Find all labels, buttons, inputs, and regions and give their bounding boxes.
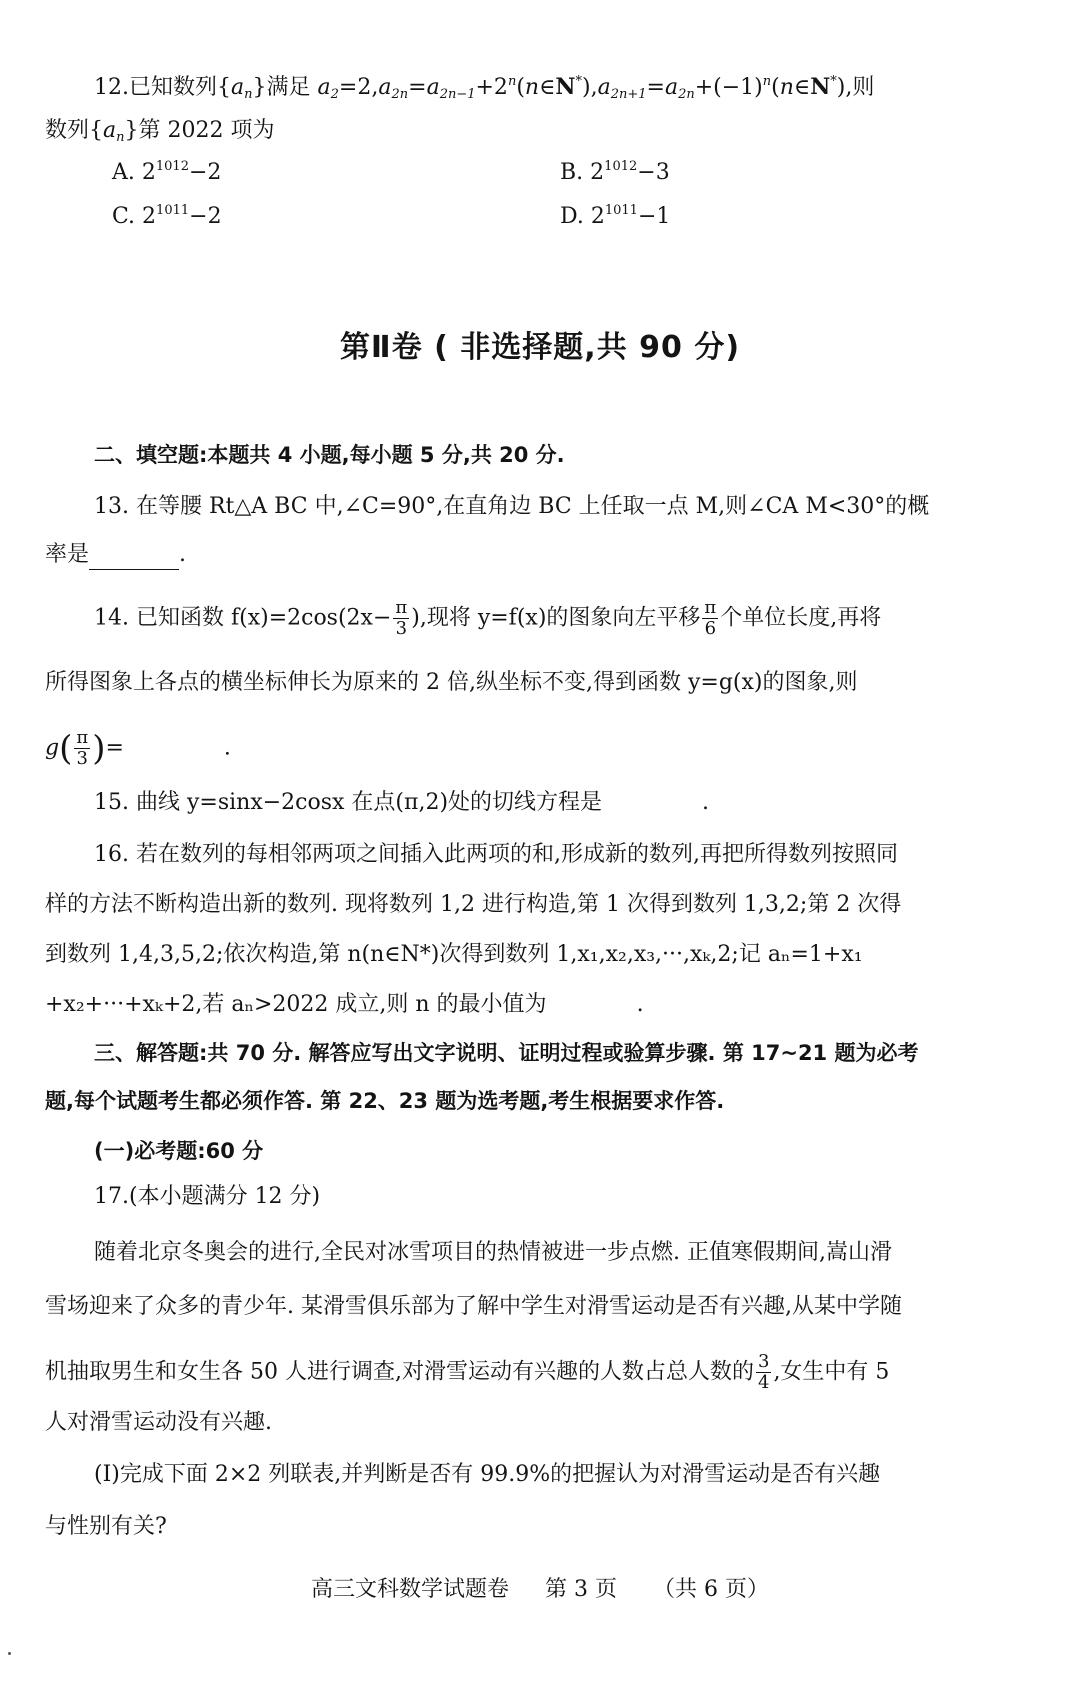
q17-part1-line2: 与性别有关?	[45, 1512, 167, 1542]
q13-line2: 率是.	[45, 540, 186, 570]
page-footer: 高三文科数学试题卷 第 3 页 （共 6 页）	[0, 1572, 1080, 1603]
q12-conditions: a2	[318, 75, 339, 100]
q17-part1-line1: (Ⅰ)完成下面 2×2 列联表,并判断是否有 99.9%的把握认为对滑雪运动是否…	[94, 1460, 880, 1490]
fraction-pi-over-3: π3	[393, 598, 409, 639]
q12-stem-line1: 12.已知数列{an}满足 a2=2,a2n=a2n−1+2n(n∈N*),a2…	[94, 72, 874, 103]
q15-line: 15. 曲线 y=sinx−2cosx 在点(π,2)处的切线方程是.	[94, 788, 709, 818]
required-section-label: (一)必考题:60 分	[94, 1136, 263, 1166]
q17-line4: 人对滑雪运动没有兴趣.	[45, 1408, 272, 1438]
fill-in-header: 二、填空题:本题共 4 小题,每小题 5 分,共 20 分.	[94, 440, 565, 470]
q17-line3: 机抽取男生和女生各 50 人进行调查,对滑雪运动有兴趣的人数占总人数的34,女生…	[45, 1352, 889, 1393]
part2-title: 第Ⅱ卷 ( 非选择题,共 90 分)	[0, 322, 1080, 366]
footer-title: 高三文科数学试题卷	[311, 1577, 509, 1602]
footer-total-pages: （共 6 页）	[653, 1577, 769, 1602]
q17-header: 17.(本小题满分 12 分)	[94, 1182, 320, 1212]
fraction-3-over-4: 34	[756, 1352, 771, 1393]
q16-line4: +x₂+···+xₖ+2,若 aₙ>2022 成立,则 n 的最小值为.	[45, 990, 644, 1020]
q16-line2: 样的方法不断构造出新的数列. 现将数列 1,2 进行构造,第 1 次得到数列 1…	[45, 890, 901, 920]
q16-line1: 16. 若在数列的每相邻两项之间插入此两项的和,形成新的数列,再把所得数列按照同	[94, 840, 898, 870]
q12-option-c[interactable]: C. 21011−2	[112, 202, 222, 232]
solve-header-line1: 三、解答题:共 70 分. 解答应写出文字说明、证明过程或验算步骤. 第 17~…	[94, 1038, 918, 1068]
q17-line2: 雪场迎来了众多的青少年. 某滑雪俱乐部为了解中学生对滑雪运动是否有兴趣,从某中学…	[45, 1292, 902, 1322]
q16-line3: 到数列 1,4,3,5,2;依次构造,第 n(n∈N*)次得到数列 1,x₁,x…	[45, 940, 863, 970]
q13-line1: 13. 在等腰 Rt△A BC 中,∠C=90°,在直角边 BC 上任取一点 M…	[94, 492, 929, 522]
scan-speck	[8, 1652, 11, 1655]
q12-option-d[interactable]: D. 21011−1	[560, 202, 670, 232]
q14-line1: 14. 已知函数 f(x)=2cos(2x−π3),现将 y=f(x)的图象向左…	[94, 598, 881, 639]
fraction-pi-over-3: π3	[74, 728, 90, 769]
footer-page-number: 第 3 页	[545, 1577, 617, 1602]
q12-number: 12.	[94, 75, 129, 100]
q13-answer-blank[interactable]	[89, 550, 179, 570]
q14-line3: g(π3)=.	[45, 728, 231, 769]
q12-option-a[interactable]: A. 21012−2	[112, 158, 221, 188]
q12-stem-line2: 数列{an}第 2022 项为	[45, 116, 274, 146]
solve-header-line2: 题,每个试题考生都必须作答. 第 22、23 题为选考题,考生根据要求作答.	[45, 1086, 724, 1116]
q14-line2: 所得图象上各点的横坐标伸长为原来的 2 倍,纵坐标不变,得到函数 y=g(x)的…	[45, 668, 857, 698]
q12-option-b[interactable]: B. 21012−3	[560, 158, 670, 188]
q17-line1: 随着北京冬奥会的进行,全民对冰雪项目的热情被进一步点燃. 正值寒假期间,嵩山滑	[94, 1238, 892, 1268]
fraction-pi-over-6: π6	[702, 598, 718, 639]
